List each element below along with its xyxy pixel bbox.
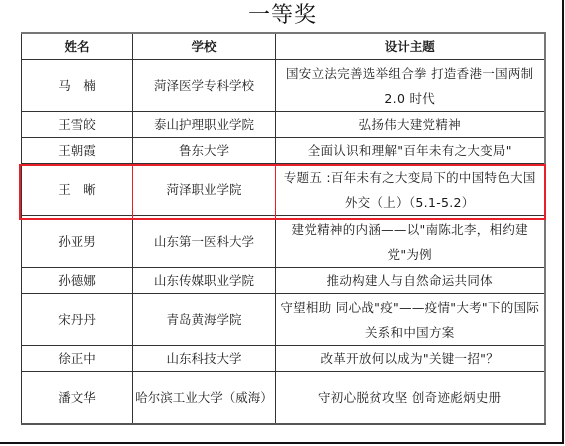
cell-school: 菏泽职业学院 bbox=[133, 164, 276, 216]
table-header-row: 姓名 学校 设计主题 bbox=[22, 33, 545, 60]
cell-theme: 守初心脱贫攻坚 创奇迹彪炳史册 bbox=[276, 372, 545, 425]
cell-school: 山东第一医科大学 bbox=[133, 216, 276, 268]
cell-theme: 弘扬伟大建党精神 bbox=[276, 112, 545, 138]
cell-school: 泰山护理职业学院 bbox=[133, 112, 276, 138]
table-row: 孙亚男 山东第一医科大学 建党精神的内涵——以"南陈北李，相约建党"为例 bbox=[22, 216, 545, 268]
cell-school: 菏泽医学专科学校 bbox=[133, 60, 276, 112]
cell-name: 马 楠 bbox=[22, 60, 133, 112]
cell-theme: 全面认识和理解"百年未有之大变局" bbox=[276, 138, 545, 164]
award-table: 姓名 学校 设计主题 马 楠 菏泽医学专科学校 国安立法完善选举组合拳 打造香港… bbox=[21, 32, 546, 425]
cell-name: 王雪皎 bbox=[22, 112, 133, 138]
cell-name: 王 晰 bbox=[22, 164, 133, 216]
column-header-school: 学校 bbox=[133, 33, 276, 60]
cell-school: 山东科技大学 bbox=[133, 346, 276, 372]
cell-school: 山东传媒职业学院 bbox=[133, 268, 276, 294]
outer-frame-bottom bbox=[0, 442, 564, 444]
cell-theme: 改革开放何以成为"关键一招"？ bbox=[276, 346, 545, 372]
table-row: 徐正中 山东科技大学 改革开放何以成为"关键一招"？ bbox=[22, 346, 545, 372]
cell-theme: 推动构建人与自然命运共同体 bbox=[276, 268, 545, 294]
cell-school: 哈尔滨工业大学（威海） bbox=[133, 372, 276, 425]
cell-name: 潘文华 bbox=[22, 372, 133, 425]
cell-name: 王朝霞 bbox=[22, 138, 133, 164]
cell-theme: 专题五 :百年未有之大变局下的中国特色大国外交（上）（5.1-5.2） bbox=[276, 164, 545, 216]
cell-theme: 国安立法完善选举组合拳 打造香港一国两制 2.0 时代 bbox=[276, 60, 545, 112]
outer-frame-right bbox=[562, 0, 564, 444]
table-row: 马 楠 菏泽医学专科学校 国安立法完善选举组合拳 打造香港一国两制 2.0 时代 bbox=[22, 60, 545, 112]
cell-theme: 守望相助 同心战"疫"——疫情"大考"下的国际关系和中国方案 bbox=[276, 294, 545, 346]
table-row: 王雪皎 泰山护理职业学院 弘扬伟大建党精神 bbox=[22, 112, 545, 138]
table-row: 王朝霞 鲁东大学 全面认识和理解"百年未有之大变局" bbox=[22, 138, 545, 164]
cell-name: 宋丹丹 bbox=[22, 294, 133, 346]
table-row-highlighted: 王 晰 菏泽职业学院 专题五 :百年未有之大变局下的中国特色大国外交（上）（5.… bbox=[22, 164, 545, 216]
cell-name: 孙亚男 bbox=[22, 216, 133, 268]
cell-name: 孙德娜 bbox=[22, 268, 133, 294]
cell-school: 青岛黄海学院 bbox=[133, 294, 276, 346]
column-header-theme: 设计主题 bbox=[276, 33, 545, 60]
table-row: 宋丹丹 青岛黄海学院 守望相助 同心战"疫"——疫情"大考"下的国际关系和中国方… bbox=[22, 294, 545, 346]
cell-theme: 建党精神的内涵——以"南陈北李，相约建党"为例 bbox=[276, 216, 545, 268]
cell-name: 徐正中 bbox=[22, 346, 133, 372]
column-header-name: 姓名 bbox=[22, 33, 133, 60]
table-row: 潘文华 哈尔滨工业大学（威海） 守初心脱贫攻坚 创奇迹彪炳史册 bbox=[22, 372, 545, 425]
page-title: 一等奖 bbox=[0, 2, 565, 30]
table-row: 孙德娜 山东传媒职业学院 推动构建人与自然命运共同体 bbox=[22, 268, 545, 294]
cell-school: 鲁东大学 bbox=[133, 138, 276, 164]
